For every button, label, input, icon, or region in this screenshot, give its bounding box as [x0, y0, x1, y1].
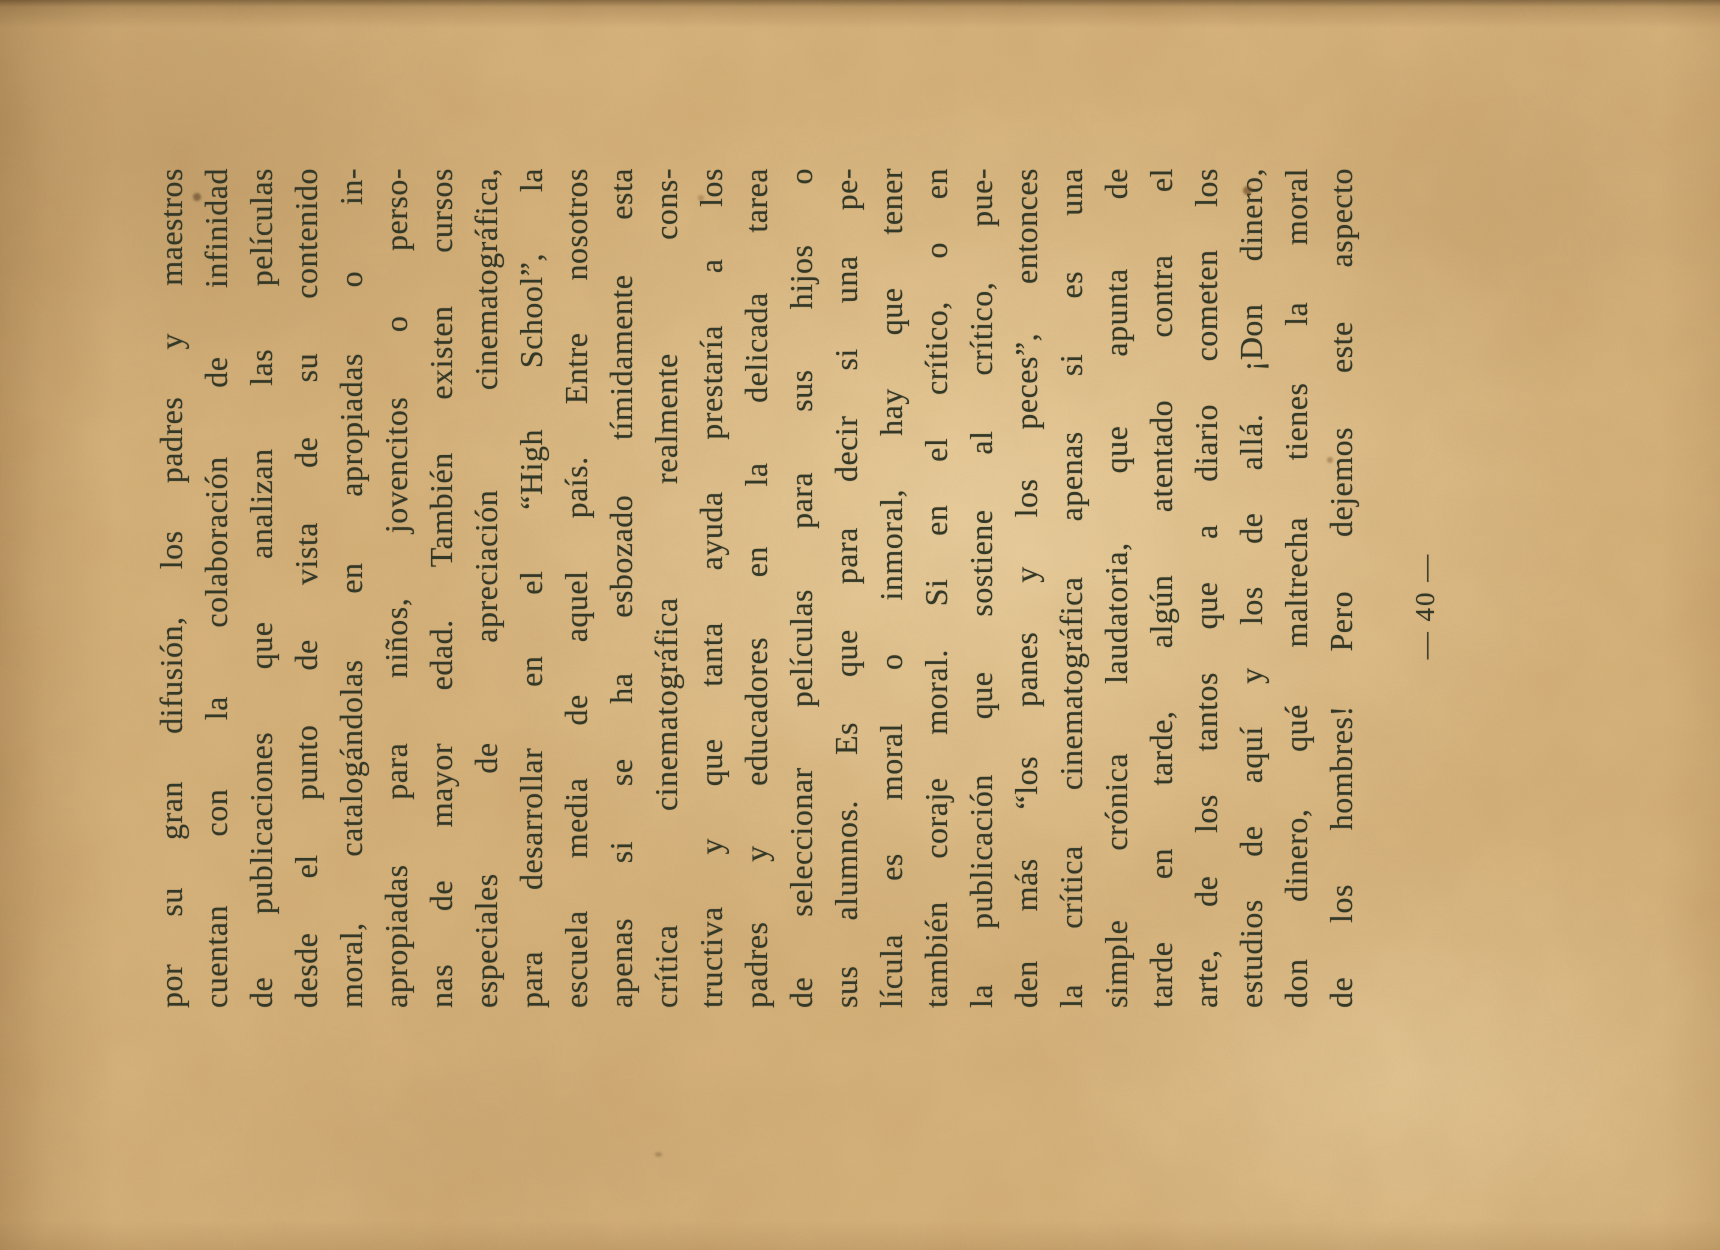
scanned-book-page: por su gran difusión, los padres y maest… [0, 0, 1720, 1250]
text-line: tarde en tarde, algún atentado contra el [1139, 168, 1184, 1008]
text-line: de seleccionar películas para sus hijos … [779, 168, 824, 1008]
text-line: especiales de apreciación cinematográfic… [464, 168, 509, 1008]
text-line: escuela media de aquel país. Entre nosot… [554, 168, 599, 1008]
text-line: la crítica cinematográfica apenas si es … [1049, 168, 1094, 1008]
text-line: nas de mayor edad. También existen curso… [419, 168, 464, 1008]
paper-speck [655, 1152, 662, 1157]
text-line: den más “los panes y los peces”, entonce… [1004, 168, 1049, 1008]
text-line: la publicación que sostiene al crítico, … [959, 168, 1004, 1008]
text-line: crítica cinematográfica realmente cons- [644, 168, 689, 1008]
text-line: desde el punto de vista de su contenido [284, 168, 329, 1008]
text-line: simple crónica laudatoria, que apunta de [1094, 168, 1139, 1008]
text-line: lícula es moral o inmoral, hay que tener [869, 168, 914, 1008]
text-line: de publicaciones que analizan las pelícu… [239, 168, 284, 1008]
text-line: para desarrollar en el “High School”, la [509, 168, 554, 1008]
text-line: sus alumnos. Es que para decir si una pe… [824, 168, 869, 1008]
text-line: de los hombres! Pero dejemos este aspect… [1319, 168, 1364, 1008]
text-line: tructiva y que tanta ayuda prestaría a l… [689, 168, 734, 1008]
text-line: don dinero, qué maltrecha tienes la mora… [1274, 168, 1319, 1008]
text-line: por su gran difusión, los padres y maest… [149, 168, 194, 1008]
text-line: apenas si se ha esbozado tímidamente est… [599, 168, 644, 1008]
text-line: estudios de aquí y los de allá. ¡Don din… [1229, 168, 1274, 1008]
page-number: — 40 — [1410, 186, 1441, 1026]
text-line: cuentan con la colaboración de infinidad [194, 168, 239, 1008]
text-line: también coraje moral. Si en el crítico, … [914, 168, 959, 1008]
paragraph-text: por su gran difusión, los padres y maest… [149, 168, 1364, 1008]
text-line: apropiadas para niños, jovencitos o pers… [374, 168, 419, 1008]
text-line: padres y educadores en la delicada tarea [734, 168, 779, 1008]
text-line: arte, de los tantos que a diario cometen… [1184, 168, 1229, 1008]
text-line: moral, catalogándolas en apropiadas o in… [329, 168, 374, 1008]
rotated-page-content: por su gran difusión, los padres y maest… [149, 168, 1499, 1008]
